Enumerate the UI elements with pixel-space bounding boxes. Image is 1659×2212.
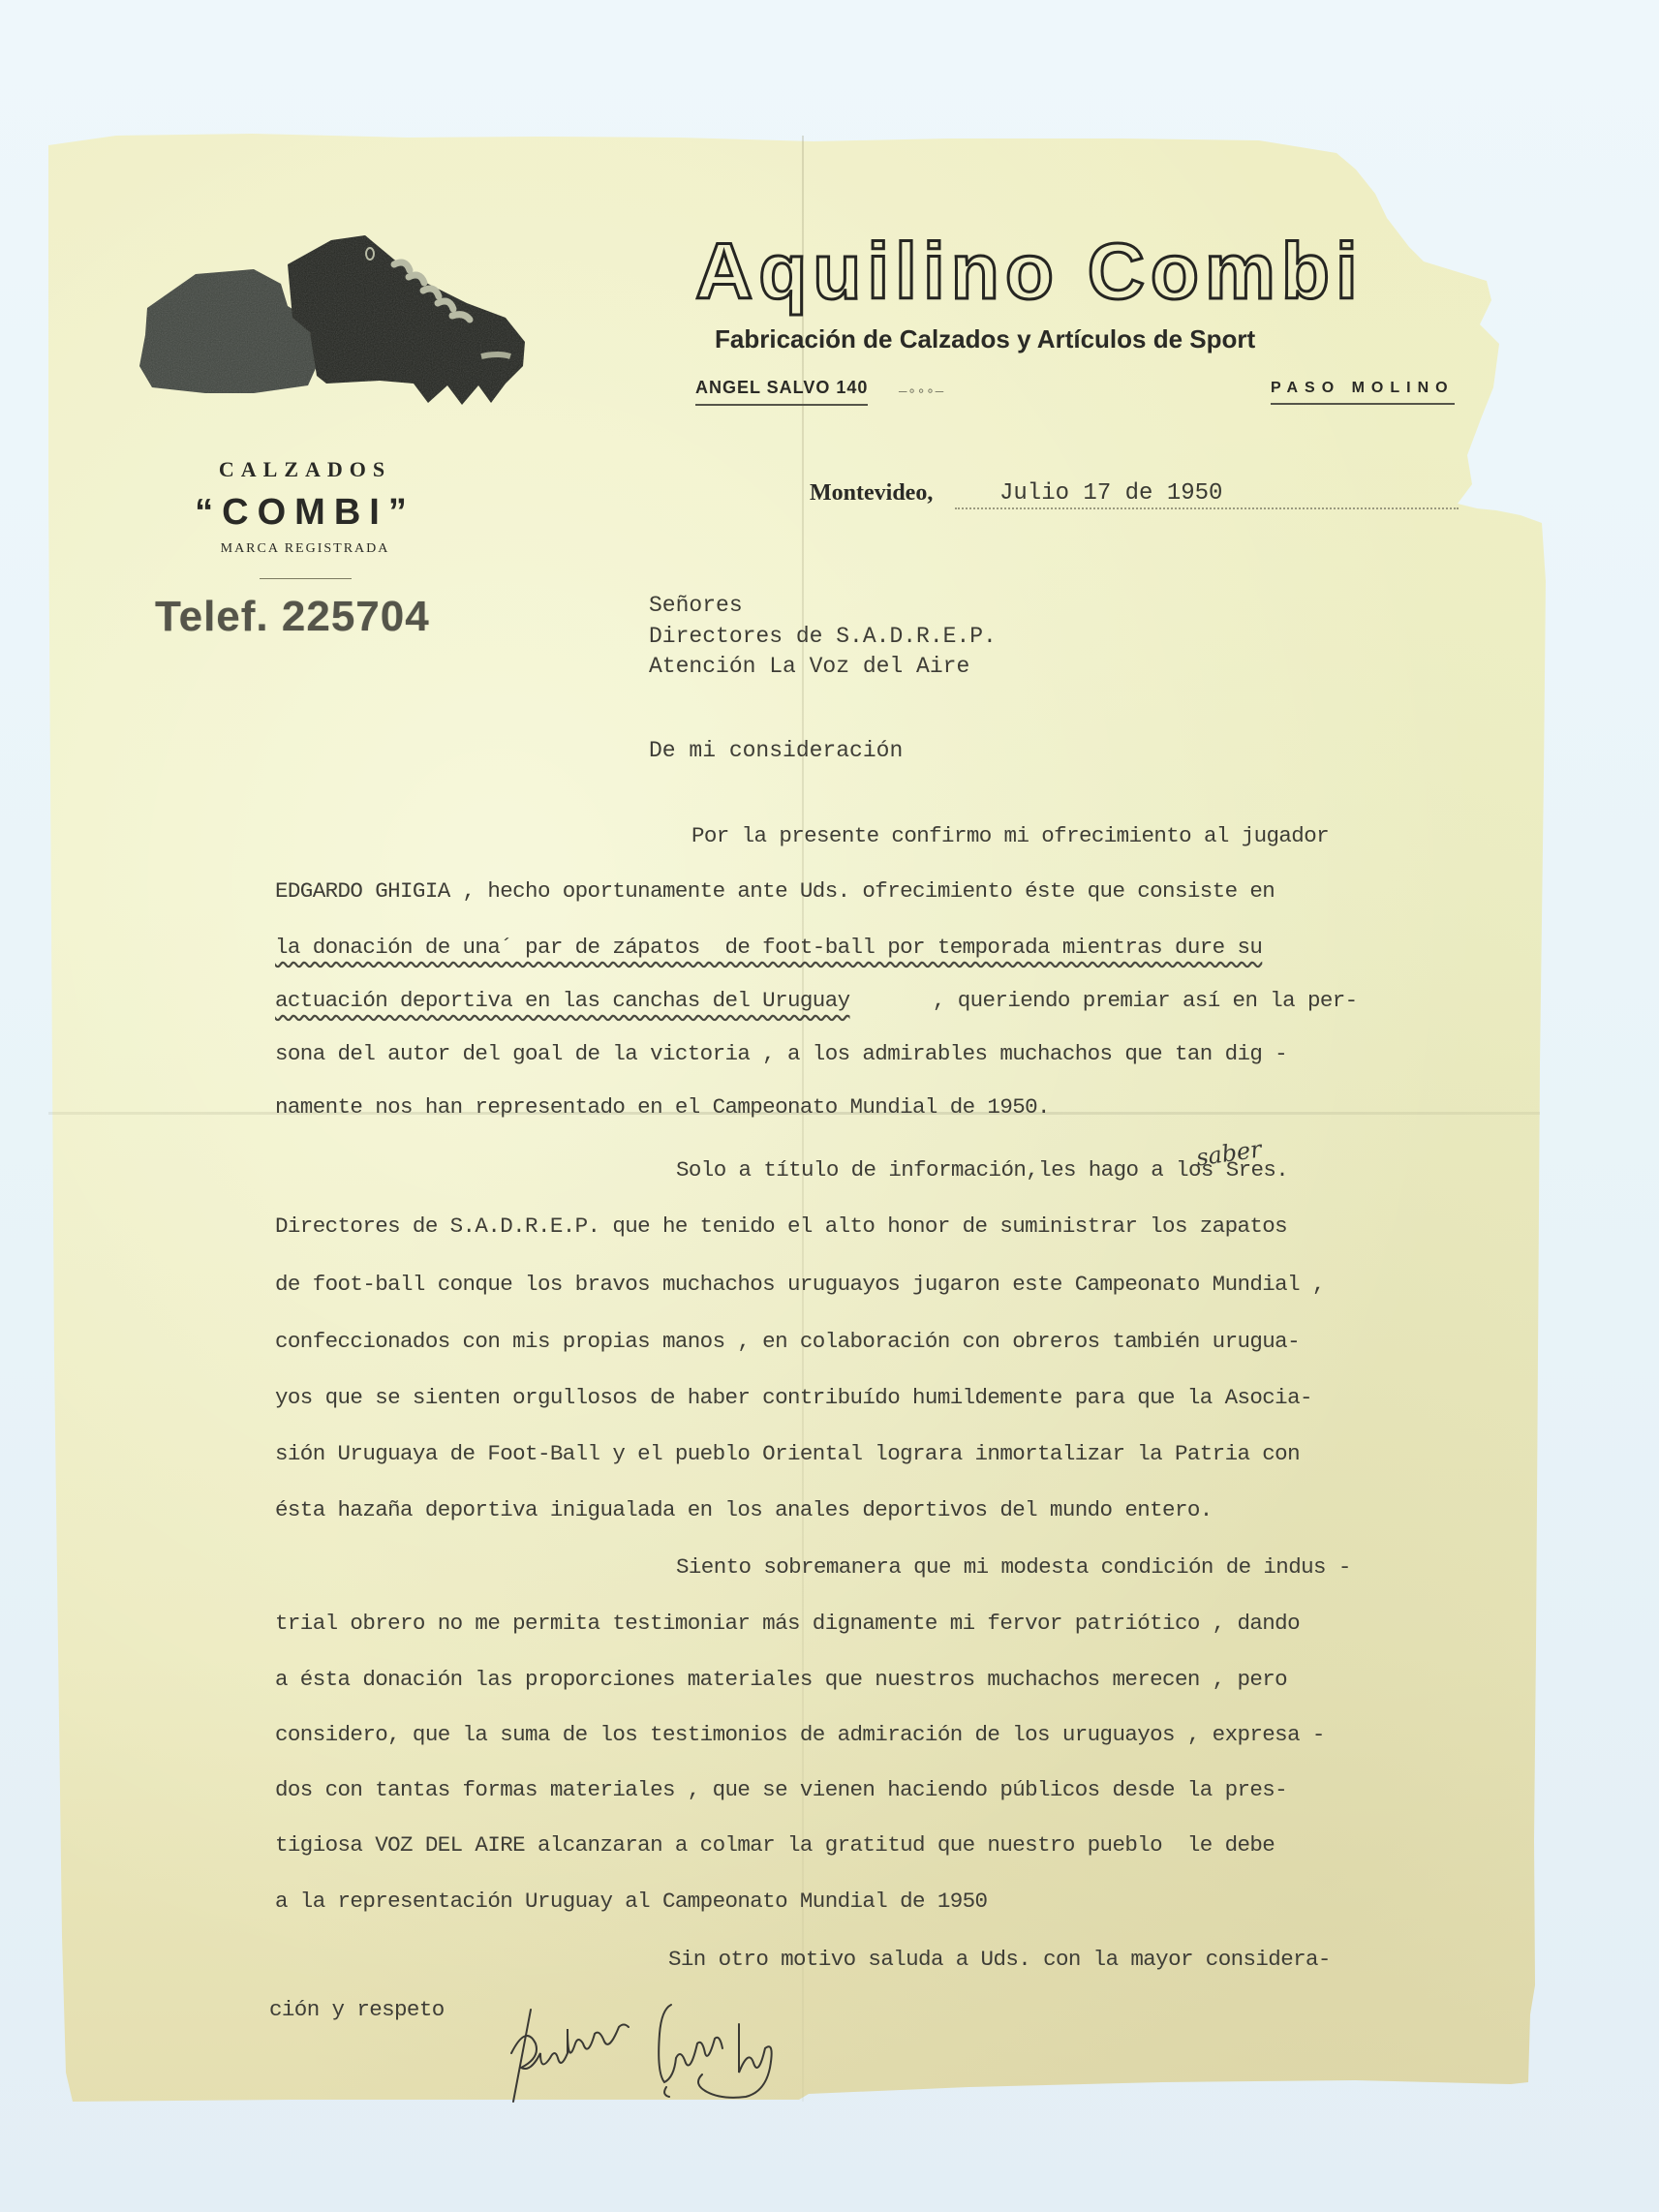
recipient-line: Directores de S.A.D.R.E.P. (649, 624, 997, 649)
divider (260, 578, 352, 579)
body-line: Directores de S.A.D.R.E.P. que he tenido… (275, 1214, 1287, 1239)
telephone-stamp: Telef. 225704 (155, 593, 430, 641)
body-line: a la representación Uruguay al Campeonat… (275, 1889, 987, 1914)
body-line: de foot-ball conque los bravos muchachos… (275, 1272, 1325, 1297)
body-line: ésta hazaña deportiva inigualada en los … (275, 1497, 1213, 1522)
date-city: Montevideo, (810, 480, 933, 507)
body-line: , queriendo premiar así en la per- (920, 988, 1358, 1013)
body-line-underlined: actuación deportiva en las canchas del U… (275, 988, 850, 1013)
body-line-underlined: la donación de una´ par de zápatos de fo… (275, 935, 1262, 960)
company-name: Aquilino Combi (695, 232, 1364, 312)
company-tagline: Fabricación de Calzados y Artículos de S… (715, 324, 1255, 354)
body-line: a ésta donación las proporciones materia… (275, 1667, 1287, 1692)
address-street: ANGEL SALVO 140 (695, 378, 868, 406)
address-separator-ornament: —∘∘∘— (899, 384, 944, 400)
body-line: Siento sobremanera que mi modesta condic… (676, 1554, 1351, 1580)
body-line: EDGARDO GHIGIA , hecho oportunamente ant… (275, 878, 1275, 904)
dotted-rule (955, 507, 1459, 509)
closing-line: Sin otro motivo saluda a Uds. con la may… (668, 1947, 1331, 1972)
body-line: tigiosa VOZ DEL AIRE alcanzaran a colmar… (275, 1832, 1275, 1858)
salutation: De mi consideración (649, 738, 903, 763)
address-district: PASO MOLINO (1271, 380, 1455, 405)
recipient-line: Atención La Voz del Aire (649, 654, 969, 679)
body-line: dos con tantas formas materiales , que s… (275, 1777, 1287, 1802)
body-line: sión Uruguaya de Foot-Ball y el pueblo O… (275, 1441, 1300, 1466)
recipient-line: Señores (649, 593, 743, 618)
body-line: sona del autor del goal de la victoria ,… (275, 1041, 1287, 1066)
body-line: Por la presente confirmo mi ofrecimiento… (691, 823, 1329, 848)
handwritten-signature: Aquilino Combi (502, 1995, 831, 2131)
brand-name: “COMBI” (145, 492, 465, 534)
letter-date: Julio 17 de 1950 (999, 480, 1222, 507)
body-line: yos que se sienten orgullosos de haber c… (275, 1385, 1312, 1410)
brand-kicker: CALZADOS (145, 457, 465, 482)
dateline: Montevideo, Julio 17 de 1950 (810, 480, 1459, 519)
body-line: trial obrero no me permita testimoniar m… (275, 1611, 1300, 1636)
body-line: considero, que la suma de los testimonio… (275, 1722, 1325, 1747)
body-line: namente nos han representado en el Campe… (275, 1094, 1050, 1120)
football-boots-icon (118, 221, 544, 419)
body-line: Solo a título de información,les hago a … (676, 1157, 1288, 1183)
body-line: confeccionados con mis propias manos , e… (275, 1329, 1300, 1354)
brand-trademark: MARCA REGISTRADA (145, 541, 465, 557)
closing-line: ción y respeto (269, 1997, 445, 2022)
brand-block: CALZADOS “COMBI” MARCA REGISTRADA (145, 457, 465, 579)
